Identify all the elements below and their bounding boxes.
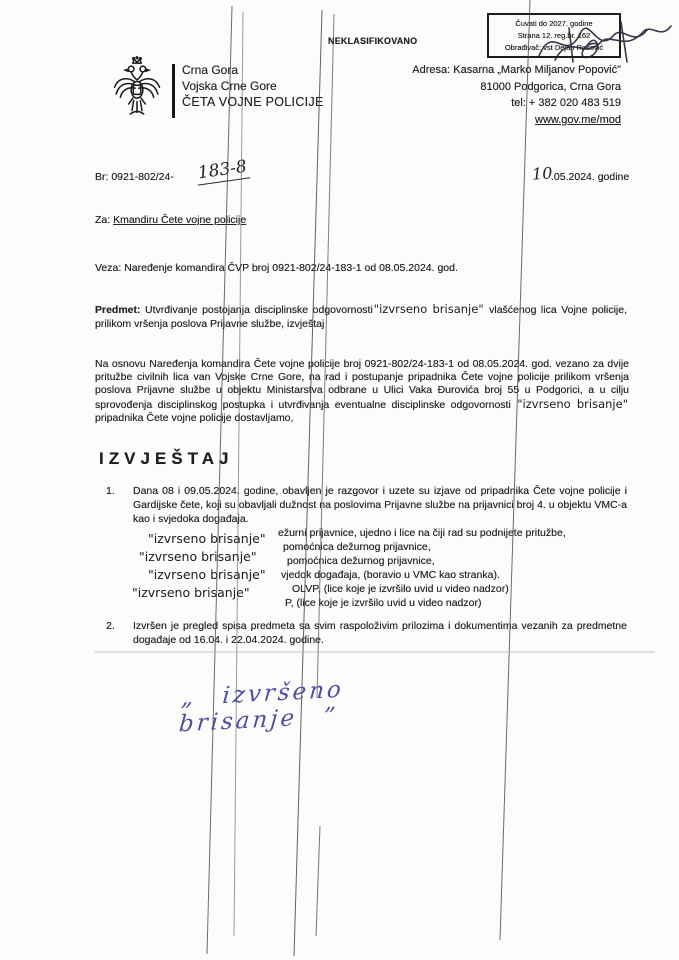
archival-stamp: Čuvati do 2027. godine Strana 12. reg.br… [487, 13, 621, 58]
veza-line: Veza: Naređenje komandira ČVP broj 0921-… [95, 262, 458, 274]
montenegro-coat-of-arms-icon [112, 52, 162, 126]
org-army: Vojska Crne Gore [182, 78, 324, 94]
list-entry: ežurni prijavnice, ujedno i lice na čiji… [278, 527, 566, 539]
address-line: Adresa: Kasarna „Marko Miljanov Popović" [412, 62, 621, 79]
org-country: Crna Gora [182, 62, 324, 78]
handwritten-note: „ izvršeno brisanje ” [178, 671, 462, 738]
list-entry: OLVP, (lice koje je izvršilo uvid u vide… [292, 583, 509, 595]
address-city: 81000 Podgorica, Crna Gora [412, 79, 621, 96]
address-phone: tel: + 382 020 483 519 [412, 95, 621, 112]
list-entry: pomoćnica dežurnog prijavnice, [287, 555, 435, 567]
org-unit: ČETA VOJNE POLICIJE [182, 94, 324, 110]
name-redaction-overlay: "izvrseno brisanje" [132, 585, 250, 600]
scanned-document-page: NEKLASIFIKOVANO Čuvati do 2027. godine S… [0, 0, 679, 960]
reference-number-label: Br: 0921-802/24- [95, 171, 174, 183]
recipient-line: Za: Kmandiru Čete vojne policije [95, 214, 246, 226]
reference-number-handwritten: 183-8 [195, 156, 251, 185]
name-redaction-overlay: "izvrseno brisanje" [139, 549, 257, 564]
subject-paragraph: Predmet: Utvrđivanje postojanja discipli… [95, 303, 627, 331]
address-block: Adresa: Kasarna „Marko Miljanov Popović"… [412, 62, 621, 128]
report-title: IZVJEŠTAJ [99, 449, 233, 469]
scan-fold-lines [0, 0, 679, 960]
list-entry: vjedok događaja, (boravio u VMC kao stra… [281, 569, 500, 581]
intro-paragraph: Na osnovu Naređenja komandira Čete vojne… [95, 358, 629, 425]
intro-redaction-overlay: "izvrseno brisanje" [516, 397, 629, 411]
intro-text-after: pripadnika Čete vojne policije dostavlja… [95, 412, 293, 424]
subject-text-before: Utvrđivanje postojanja disciplinske odgo… [141, 304, 373, 316]
subject-label: Predmet: [95, 304, 141, 316]
item2-text: Izvršen je pregled spisa predmeta sa svi… [133, 620, 627, 648]
item1-text: Dana 08 i 09.05.2024. godine, obavljen j… [133, 485, 627, 526]
date-printed: .05.2024. godine [551, 171, 629, 183]
recipient-label: Za: [95, 214, 113, 226]
item1-number: 1. [106, 485, 115, 497]
subject-redaction-overlay: "izvrseno brisanje" [373, 302, 485, 316]
address-website: www.gov.me/mod [412, 112, 621, 129]
organization-block: Crna Gora Vojska Crne Gore ČETA VOJNE PO… [182, 62, 324, 110]
recipient-value: Kmandiru Čete vojne policije [113, 214, 246, 226]
list-entry: pomoćnica dežurnog prijavnice, [283, 541, 431, 553]
stamp-line-retention: Čuvati do 2027. godine [489, 18, 619, 30]
name-redaction-overlay: "izvrseno brisanje" [148, 567, 266, 582]
list-entry: P, (lice koje je izvršilo uvid u video n… [285, 597, 481, 609]
stamp-line-page-reg: Strana 12. reg.br. 162 [489, 30, 619, 42]
letterhead-divider [172, 64, 175, 118]
name-redaction-overlay: "izvrseno brisanje" [148, 531, 266, 546]
date-day-handwritten: 10 [531, 163, 553, 183]
item2-number: 2. [106, 620, 115, 632]
stamp-line-handler: Obrađivač: vst Dejan Rašović [489, 42, 619, 54]
classification-marking: NEKLASIFIKOVANO [328, 36, 417, 46]
